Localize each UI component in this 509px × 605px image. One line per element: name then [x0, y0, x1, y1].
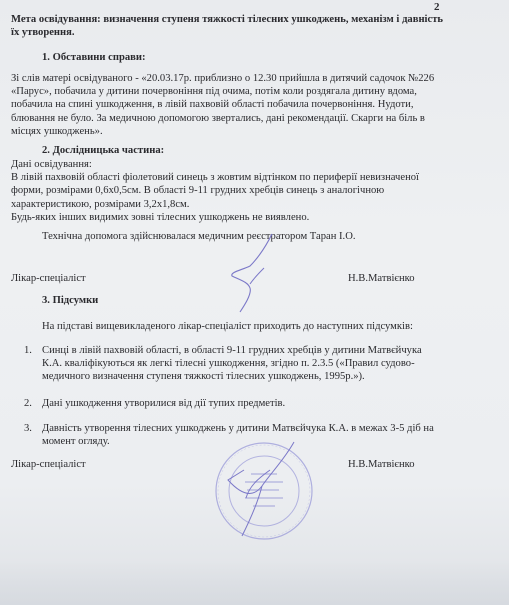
text-line: Давність утворення тілесних ушкоджень у … — [42, 422, 442, 435]
text-line: «Парус», побачила у дитини почервоніння … — [11, 85, 443, 98]
item-number: 2. — [24, 397, 32, 410]
signer-role: Лікар-спеціаліст — [11, 458, 86, 471]
text-line: місцях ушкоджень». — [11, 125, 443, 138]
signer-name: Н.В.Матвієнко — [348, 458, 415, 471]
handwritten-signature-icon — [220, 232, 320, 314]
text-line: форми, розмірами 0,6х0,5см. В області 9-… — [11, 184, 443, 197]
item-number: 1. — [24, 344, 32, 357]
text-line: Синці в лівій пахвовій області, в област… — [42, 344, 442, 357]
section-heading-circumstances: 1. Обставини справи: — [42, 51, 146, 64]
text-line: Будь-яких інших видимих зовні тілесних у… — [11, 211, 443, 224]
signer-name: Н.В.Матвієнко — [348, 272, 415, 285]
conclusions-intro: На підставі вищевикладеного лікар-спеціа… — [42, 320, 413, 333]
signature-block: Лікар-спеціаліст Н.В.Матвієнко — [11, 272, 421, 286]
text-line: К.А. кваліфікуються як легкі тілесні ушк… — [42, 357, 442, 370]
item-number: 3. — [24, 422, 32, 435]
text-line: Зі слів матері освідуваного - «20.03.17р… — [11, 72, 443, 85]
circumstances-text: Зі слів матері освідуваного - «20.03.17р… — [11, 72, 443, 138]
text-line: Дані освідування: — [11, 158, 443, 171]
examination-text: Дані освідування: В лівій пахвовій облас… — [11, 158, 443, 224]
text-line: характеристикою, розмірами 3,2х1,8см. — [11, 198, 443, 211]
text-line: Дані ушкодження утворилися від дії тупих… — [42, 397, 442, 410]
section-heading-conclusions: 3. Підсумки — [42, 294, 98, 307]
section-heading-examination: 2. Дослідницька частина: — [42, 144, 164, 157]
text-line: медичного визначення ступеня тяжкості ті… — [42, 370, 442, 383]
text-line: блювання не було. За медичною допомогою … — [11, 112, 443, 125]
signature-block: Лікар-спеціаліст Н.В.Матвієнко — [11, 458, 421, 472]
scanned-document-page: 2 Мета освідування: визначення ступеня т… — [0, 0, 509, 605]
stamp-signature-icon — [220, 440, 320, 540]
examination-purpose: Мета освідування: визначення ступеня тяж… — [11, 13, 443, 39]
signer-role: Лікар-спеціаліст — [11, 272, 86, 285]
text-line: В лівій пахвовій області фіолетовий сине… — [11, 171, 443, 184]
paper-fold-shadow — [0, 560, 509, 605]
text-line: побачила на спині ушкодження, в лівій па… — [11, 98, 443, 111]
